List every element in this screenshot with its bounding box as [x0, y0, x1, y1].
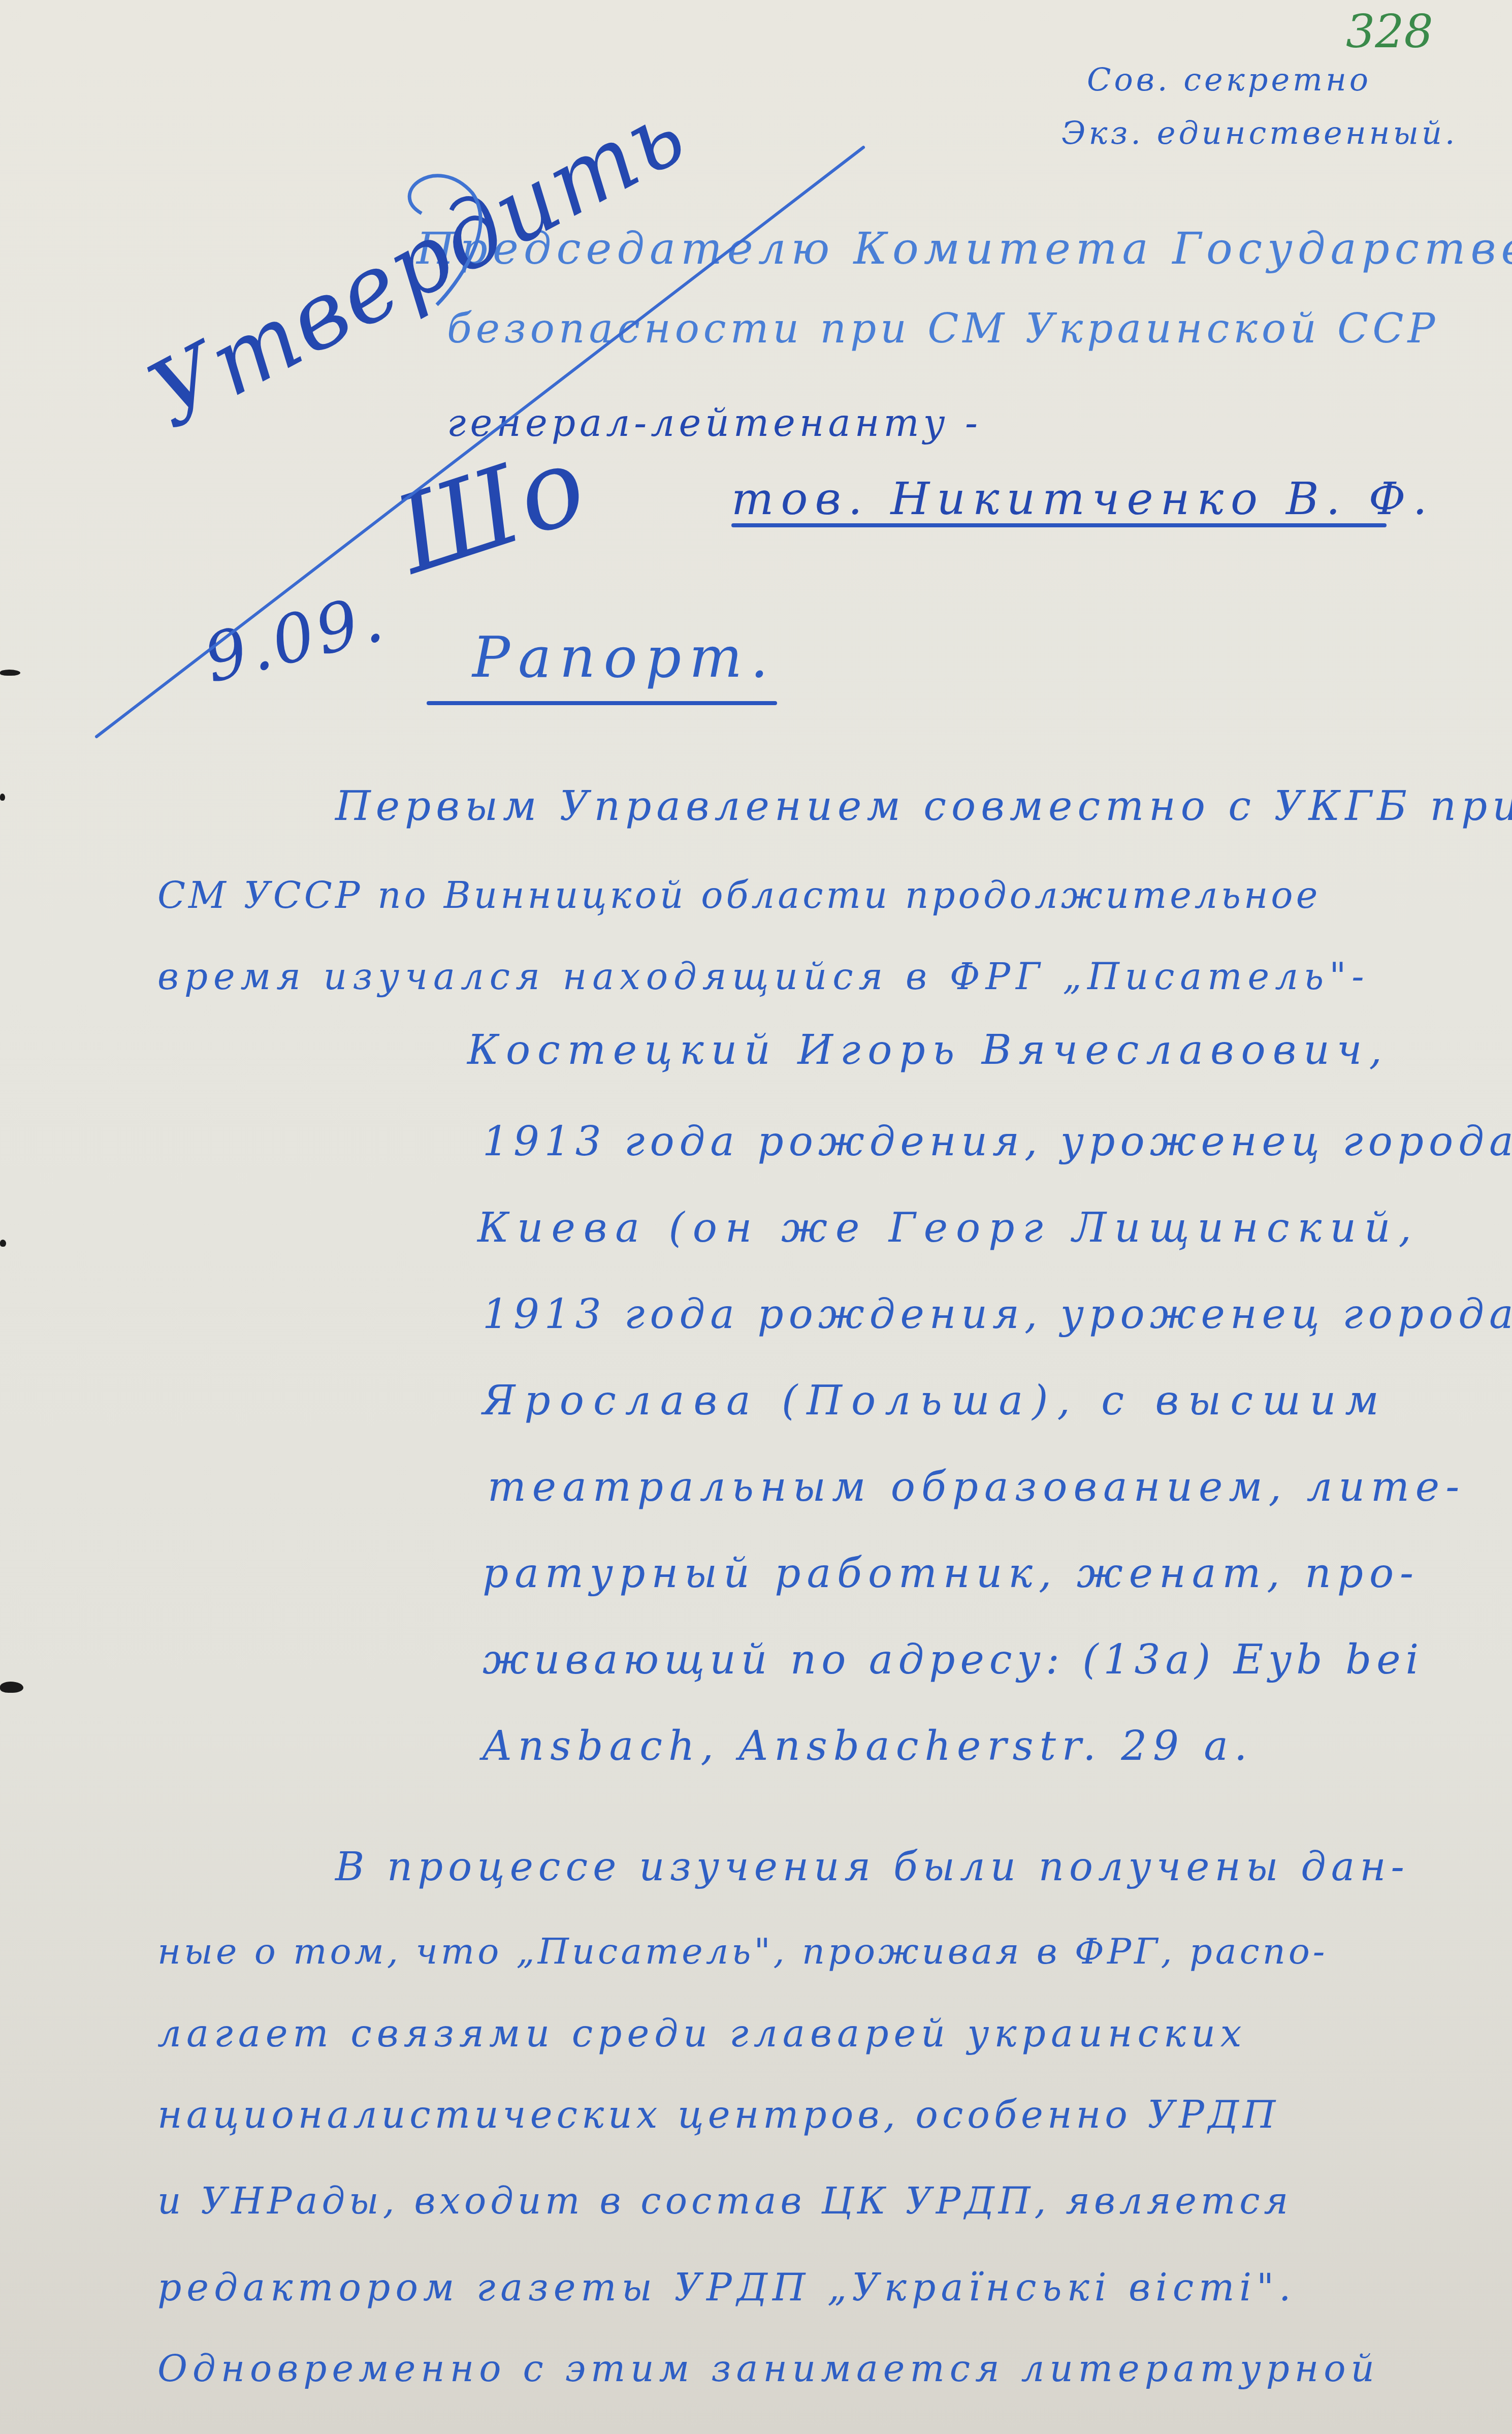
- subject-line: 1913 года рождения, уроженец города: [482, 1290, 1512, 1338]
- paragraph-2-line: и УНРады, входит в состав ЦК УРДП, являе…: [157, 2179, 1292, 2222]
- paragraph-2-line: В процессе изучения были получены дан-: [335, 1844, 1409, 1890]
- paragraph-2-line: лагает связями среди главарей украинских: [157, 2012, 1247, 2056]
- paragraph-2-line: ные о том, что „Писатель", проживая в ФР…: [157, 1931, 1328, 1972]
- subject-line: Костецкий Игорь Вячеславович,: [467, 1026, 1389, 1073]
- punch-hole: [0, 1240, 6, 1247]
- document-page: 328 Сов. секретно Экз. единственный. Пре…: [0, 0, 1512, 2434]
- subject-line: ратурный работник, женат, про-: [482, 1550, 1420, 1597]
- title-underline: [427, 701, 777, 705]
- subject-line: Киева (он же Георг Лищинский,: [477, 1204, 1420, 1251]
- subject-line: 1913 года рождения, уроженец города: [482, 1118, 1512, 1165]
- document-title: Рапорт.: [472, 625, 776, 690]
- paragraph-1-line: Первым Управлением совместно с УКГБ при: [335, 782, 1512, 830]
- paragraph-2-line: редактором газеты УРДП „Українські вісті…: [157, 2266, 1296, 2310]
- subject-line: Ярослава (Польша), с высшим: [482, 1377, 1388, 1424]
- resolution-slash-line: [0, 0, 1512, 813]
- subject-line: театральным образованием, лите-: [488, 1463, 1465, 1510]
- paragraph-1-line: СМ УССР по Винницкой области продолжител…: [157, 874, 1321, 916]
- paragraph-1-line: время изучался находящийся в ФРГ „Писате…: [157, 955, 1370, 998]
- subject-line: живающий по адресу: (13а) Eyb bei: [482, 1636, 1424, 1683]
- punch-hole: [0, 1682, 23, 1693]
- paragraph-2-line: националистических центров, особенно УРД…: [157, 2093, 1279, 2137]
- subject-line: Ansbach, Ansbacherstr. 29 а.: [482, 1722, 1253, 1769]
- paragraph-2-line: Одновременно с этим занимается литератур…: [157, 2347, 1379, 2390]
